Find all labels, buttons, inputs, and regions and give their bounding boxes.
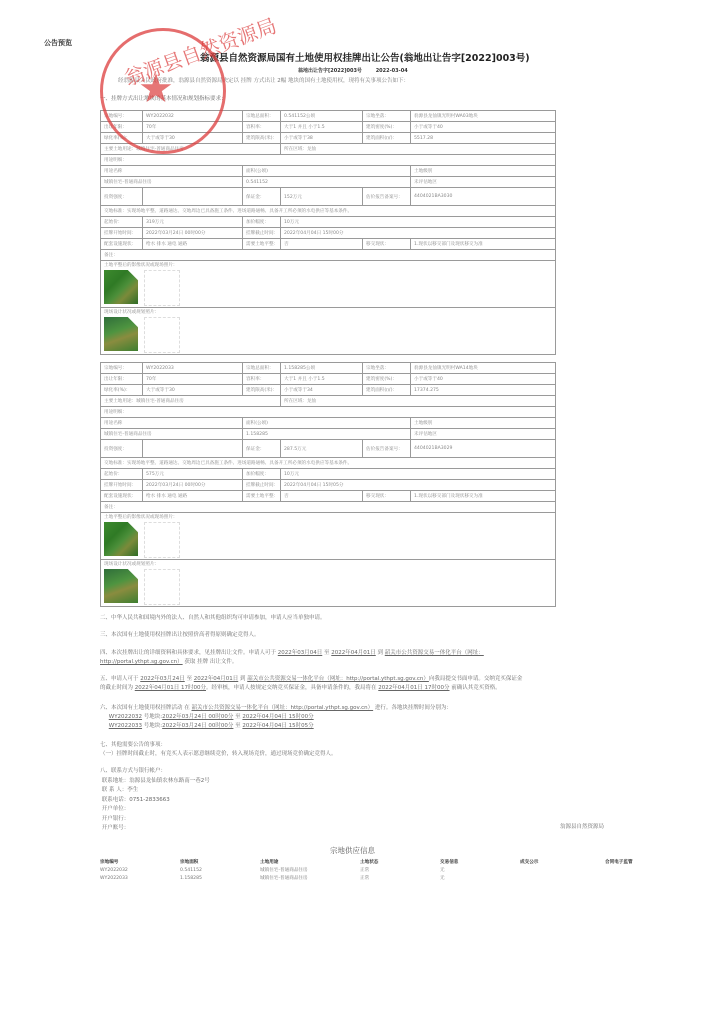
infra-label: 配套设施现状： bbox=[101, 239, 143, 250]
detail-use: 城镇住宅-普通商品住房 bbox=[101, 177, 243, 188]
supply-table: 宗地编号宗地面积土地用途土地状态交易信息成交公示合同电子监管 WY2022032… bbox=[100, 858, 685, 882]
deposit-label: 保证金： bbox=[243, 188, 281, 206]
build-area-value: 5517.28 bbox=[411, 133, 556, 144]
intro-text: 经翁源县人民政府批准，翁源县自然资源局决定以 挂牌 方式出让 2幅 地块的国有土… bbox=[118, 76, 409, 84]
listing-end-value: 2022年04月04日 15时05分 bbox=[281, 480, 556, 491]
section-4: 四、本次挂牌出让的详细资料和具体要求，见挂牌出让文件。申请人可于 2022年03… bbox=[100, 649, 484, 667]
invest-value bbox=[143, 440, 243, 458]
increment-label: 加价幅度： bbox=[243, 469, 281, 480]
handover-label: 移交现状： bbox=[363, 239, 411, 250]
supply-cell: WY2022032 bbox=[100, 866, 180, 874]
detail-grade: 未评估地区 bbox=[411, 429, 556, 440]
invest-label: 投资强度： bbox=[101, 440, 143, 458]
estimate-value: 4404021BA3029 bbox=[411, 440, 556, 458]
code-label: 宗地编号： bbox=[101, 111, 143, 122]
green-value: 大于或等于30 bbox=[143, 133, 243, 144]
platform-link[interactable]: 韶关市公共资源交易一体化平台（网址：http://portal.ythpt.sg… bbox=[247, 676, 429, 682]
empty-photo-slot bbox=[144, 522, 180, 558]
estimate-value: 4404021BA3030 bbox=[411, 188, 556, 206]
green-value: 大于或等于30 bbox=[143, 385, 243, 396]
plan-photo-thumbnail[interactable] bbox=[104, 317, 138, 351]
supply-cell bbox=[520, 866, 605, 874]
parcel-area: 1.158285公顷 bbox=[281, 363, 363, 374]
stamp-star-icon: ★ bbox=[138, 66, 174, 112]
term-label: 出让年限： bbox=[101, 122, 143, 133]
supply-cell: 城镇住宅-普通商品住房 bbox=[260, 874, 360, 882]
height-value: 小于或等于34 bbox=[281, 385, 363, 396]
far-label: 容积率： bbox=[243, 122, 281, 133]
doc-date: 2022-03-04 bbox=[376, 68, 408, 74]
supply-cell bbox=[605, 874, 685, 882]
height-value: 小于或等于38 bbox=[281, 133, 363, 144]
detail-header-area: 面积(公顷) bbox=[243, 418, 411, 429]
listing-start-label: 挂牌开始时间： bbox=[101, 228, 143, 239]
photo-section-2: 现场设计状况或规划照片： bbox=[101, 560, 556, 607]
listing-start-label: 挂牌开始时间： bbox=[101, 480, 143, 491]
infra-value: 给水 排水 通电 通路 bbox=[143, 239, 243, 250]
green-label: 绿化率(%)： bbox=[101, 133, 143, 144]
preview-label: 公告预览 bbox=[44, 38, 72, 48]
supply-cell: 0.541152 bbox=[180, 866, 260, 874]
platform-link[interactable]: 韶关市公共资源交易一体化平台（网址： bbox=[385, 650, 484, 656]
photo-section-2: 现场设计状况或规划照片： bbox=[101, 308, 556, 355]
detail-grade: 未评估地区 bbox=[411, 177, 556, 188]
empty-photo-slot bbox=[144, 569, 180, 605]
supply-header: 合同电子监管 bbox=[605, 858, 685, 866]
platform-link[interactable]: 韶关市公共资源交易一体化平台（网址：http://portal.ythpt.sg… bbox=[192, 705, 374, 711]
height-label: 建筑限高(米)： bbox=[243, 133, 281, 144]
start-price-value: 319万元 bbox=[143, 217, 243, 228]
parcel-table: 宗地编号： WY2022032 宗地总面积： 0.541152公顷 宗地坐落： … bbox=[100, 110, 556, 355]
section-6: 六、本次国有土地使用权挂牌活动 在 韶关市公共资源交易一体化平台（网址：http… bbox=[100, 704, 452, 731]
start-price-label: 起始价： bbox=[101, 469, 143, 480]
section-7: 七、其他需要公告的事项：（一）挂牌时间截止时，有竞买人表示愿意继续竞价，转入现场… bbox=[100, 741, 337, 759]
start-price-value: 575万元 bbox=[143, 469, 243, 480]
density-label: 建筑密度(%)： bbox=[363, 374, 411, 385]
supply-header: 宗地面积 bbox=[180, 858, 260, 866]
estimate-label: 估价报告备案号： bbox=[363, 440, 411, 458]
parcel-code: WY2022033 bbox=[143, 363, 243, 374]
supply-cell bbox=[605, 866, 685, 874]
listing-end-label: 挂牌截止时间： bbox=[243, 228, 281, 239]
supply-header: 宗地编号 bbox=[100, 858, 180, 866]
prep-label: 需要土地平整： bbox=[243, 491, 281, 502]
density-label: 建筑密度(%)： bbox=[363, 122, 411, 133]
increment-label: 加价幅度： bbox=[243, 217, 281, 228]
far-value: 大于1 并且 小于1.5 bbox=[281, 374, 363, 385]
detail-header-use: 用途名称 bbox=[101, 418, 243, 429]
listing-start-value: 2022年03月24日 00时00分 bbox=[143, 480, 243, 491]
section-1-heading: 一、挂牌方式出让地块的基本情况和规划指标要求： bbox=[100, 94, 227, 102]
detail-area: 0.541152 bbox=[243, 177, 411, 188]
prep-value: 否 bbox=[281, 239, 363, 250]
section-2: 二、中华人民共和国境内外的法人、自然人和其他组织均可申请参加，申请人应当单独申请… bbox=[100, 614, 326, 623]
supply-title: 宗地供应信息 bbox=[330, 845, 375, 856]
handover-label: 移交现状： bbox=[363, 491, 411, 502]
supply-cell: 无 bbox=[440, 866, 520, 874]
land-condition: 交地标准：实现场地平整、道路通达、交地周边已具备施工条件、进场道路通畅、具备开工… bbox=[101, 206, 556, 217]
build-area-value: 17374.275 bbox=[411, 385, 556, 396]
increment-value: 10万元 bbox=[281, 217, 556, 228]
supply-header: 交易信息 bbox=[440, 858, 520, 866]
deposit-value: 152万元 bbox=[281, 188, 363, 206]
density-value: 小于或等于40 bbox=[411, 122, 556, 133]
detail-header-grade: 土地级别 bbox=[411, 418, 556, 429]
area-label: 宗地总面积： bbox=[243, 363, 281, 374]
use-detail-label: 用途明细： bbox=[101, 155, 556, 166]
parcel-area: 0.541152公顷 bbox=[281, 111, 363, 122]
listing-end-value: 2022年04月04日 15时00分 bbox=[281, 228, 556, 239]
detail-header-grade: 土地级别 bbox=[411, 166, 556, 177]
supply-cell bbox=[520, 874, 605, 882]
detail-header-area: 面积(公顷) bbox=[243, 166, 411, 177]
invest-value bbox=[143, 188, 243, 206]
parcel-location: 翁源县龙仙镇光明村WA14地块 bbox=[411, 363, 556, 374]
term-value: 70年 bbox=[143, 122, 243, 133]
build-area-label: 建筑面积(㎡)： bbox=[363, 385, 411, 396]
photo-section-1: 土地平整后的影像状况或现场照片： bbox=[101, 261, 556, 308]
prep-label: 需要土地平整： bbox=[243, 239, 281, 250]
build-area-label: 建筑面积(㎡)： bbox=[363, 133, 411, 144]
far-value: 大于1 并且 小于1.5 bbox=[281, 122, 363, 133]
supply-header: 土地用途 bbox=[260, 858, 360, 866]
term-value: 70年 bbox=[143, 374, 243, 385]
supply-cell: WY2022033 bbox=[100, 874, 180, 882]
infra-value: 给水 排水 通电 通路 bbox=[143, 491, 243, 502]
height-label: 建筑限高(米)： bbox=[243, 385, 281, 396]
code-label: 宗地编号： bbox=[101, 363, 143, 374]
site-photo-thumbnail[interactable] bbox=[104, 270, 138, 304]
site-photo-thumbnail[interactable] bbox=[104, 522, 138, 556]
page-title: 翁源县自然资源局国有土地使用权挂牌出让公告(翁地出让告字[2022]003号) bbox=[200, 50, 530, 64]
detail-header-use: 用途名称 bbox=[101, 166, 243, 177]
deposit-value: 287.5万元 bbox=[281, 440, 363, 458]
remark: 备注： bbox=[101, 250, 556, 261]
handover-value: 1.现状以移交部门及现状移交为准 bbox=[411, 491, 556, 502]
area-label: 宗地总面积： bbox=[243, 111, 281, 122]
doc-subtitle: 翁地出让告字[2022]003号 2022-03-04 bbox=[298, 67, 420, 74]
table-row: WY20220331.158285城镇住宅-普通商品住房正常无 bbox=[100, 874, 685, 882]
remark: 备注： bbox=[101, 502, 556, 513]
detail-area: 1.158285 bbox=[243, 429, 411, 440]
supply-header: 土地状态 bbox=[360, 858, 440, 866]
listing-start-value: 2022年03月24日 00时00分 bbox=[143, 228, 243, 239]
detail-use: 城镇住宅-普通商品住房 bbox=[101, 429, 243, 440]
invest-label: 投资强度： bbox=[101, 188, 143, 206]
parcel-location: 翁源县龙仙镇光明村WA03地块 bbox=[411, 111, 556, 122]
district: 所在区域：龙仙 bbox=[281, 144, 556, 155]
district: 所在区域：龙仙 bbox=[281, 396, 556, 407]
location-label: 宗地坐落： bbox=[363, 111, 411, 122]
empty-photo-slot bbox=[144, 317, 180, 353]
supply-cell: 1.158285 bbox=[180, 874, 260, 882]
increment-value: 10万元 bbox=[281, 469, 556, 480]
estimate-label: 估价报告备案号： bbox=[363, 188, 411, 206]
supply-cell: 正常 bbox=[360, 866, 440, 874]
portal-url-link[interactable]: http://portal.ythpt.sg.gov.cn） bbox=[100, 659, 183, 665]
far-label: 容积率： bbox=[243, 374, 281, 385]
section-5: 五、申请人可于 2022年03月24日 至 2022年04月01日 到 韶关市公… bbox=[100, 675, 522, 693]
signer: 翁源县自然资源局 bbox=[560, 822, 604, 830]
supply-cell: 无 bbox=[440, 874, 520, 882]
land-condition: 交地标准：实现场地平整、道路通达、交地周边已具备施工条件、进场道路通畅、具备开工… bbox=[101, 458, 556, 469]
main-use: 主要土地用途：城镇住宅-普通商品住房 bbox=[101, 396, 281, 407]
infra-label: 配套设施现状： bbox=[101, 491, 143, 502]
section-3: 三、本次国有土地使用权挂牌出让按照价高者得原则确定竞得人。 bbox=[100, 631, 260, 640]
term-label: 出让年限： bbox=[101, 374, 143, 385]
green-label: 绿化率(%)： bbox=[101, 385, 143, 396]
parcel-table: 宗地编号： WY2022033 宗地总面积： 1.158285公顷 宗地坐落： … bbox=[100, 362, 556, 607]
supply-cell: 城镇住宅-普通商品住房 bbox=[260, 866, 360, 874]
main-use: 主要土地用途：城镇住宅-普通商品住房 bbox=[101, 144, 281, 155]
use-detail-label: 用途明细： bbox=[101, 407, 556, 418]
empty-photo-slot bbox=[144, 270, 180, 306]
supply-header: 成交公示 bbox=[520, 858, 605, 866]
section-8-contact: 八、联系方式与银行帐户： 联系地址：翁源县龙仙镇农林东路南一巷2号 联 系 人：… bbox=[100, 767, 210, 834]
location-label: 宗地坐落： bbox=[363, 363, 411, 374]
doc-number: 翁地出让告字[2022]003号 bbox=[298, 68, 362, 74]
handover-value: 1.现状以移交部门及现状移交为准 bbox=[411, 239, 556, 250]
prep-value: 否 bbox=[281, 491, 363, 502]
supply-cell: 正常 bbox=[360, 874, 440, 882]
deposit-label: 保证金： bbox=[243, 440, 281, 458]
plan-photo-thumbnail[interactable] bbox=[104, 569, 138, 603]
listing-end-label: 挂牌截止时间： bbox=[243, 480, 281, 491]
table-row: WY20220320.541152城镇住宅-普通商品住房正常无 bbox=[100, 866, 685, 874]
parcel-code: WY2022032 bbox=[143, 111, 243, 122]
start-price-label: 起始价： bbox=[101, 217, 143, 228]
density-value: 小于或等于40 bbox=[411, 374, 556, 385]
photo-section-1: 土地平整后的影像状况或现场照片： bbox=[101, 513, 556, 560]
